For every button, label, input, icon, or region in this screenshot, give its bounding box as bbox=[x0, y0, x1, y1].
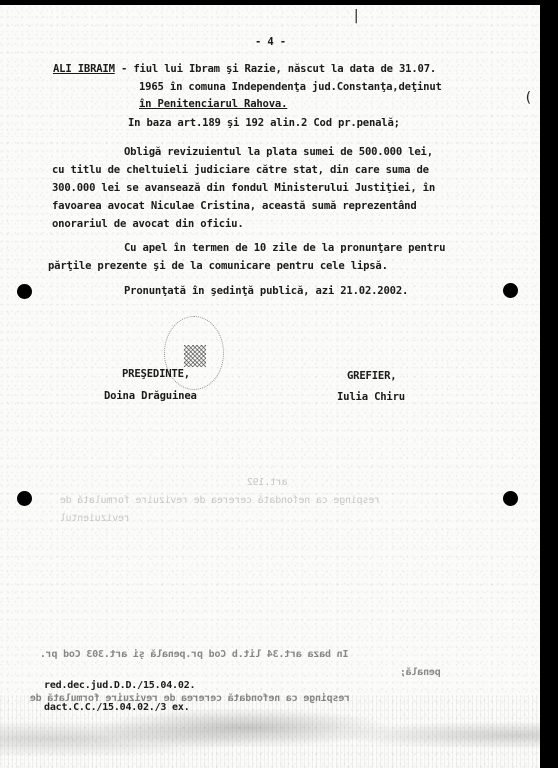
footer-drafted: red.dec.jud.D.D./15.04.02. bbox=[44, 680, 195, 691]
president-name: Doina Drăguinea bbox=[104, 390, 197, 402]
costs-line-2: cu titlu de cheltuieli judiciare către s… bbox=[52, 164, 429, 176]
punch-hole-right-bottom bbox=[503, 491, 518, 506]
bleed-through-line-e: revizuientul bbox=[60, 513, 130, 524]
defendant-name: ALI IBRAIM bbox=[53, 63, 115, 75]
footer-typed: dact.C.C./15.04.02./3 ex. bbox=[44, 702, 190, 713]
bleed-through-line-a: art.192 bbox=[247, 477, 288, 488]
president-title: PREŞEDINTE, bbox=[122, 368, 190, 380]
defendant-line-2: 1965 în comuna Independenţa jud.Constanţ… bbox=[139, 81, 442, 93]
bleed-through-line-d: respinge ca nefondată cererea de revizui… bbox=[60, 495, 380, 506]
costs-line-3: 300.000 lei se avansează din fondul Mini… bbox=[52, 182, 435, 194]
page-number: - 4 - bbox=[255, 36, 286, 48]
punch-hole-bottom bbox=[17, 491, 32, 506]
appeal-line-1: Cu apel în termen de 10 zile de la pronu… bbox=[124, 242, 445, 254]
margin-bracket: ( bbox=[524, 90, 532, 106]
bleed-through-line-c: penală; bbox=[400, 667, 441, 678]
defendant-line-3: în Penitenciarul Rahova. bbox=[139, 98, 287, 110]
punch-hole-top bbox=[17, 284, 32, 299]
court-seal-emblem bbox=[184, 345, 206, 367]
costs-line-4: favoarea avocat Niculae Cristina, aceast… bbox=[52, 200, 417, 212]
scanned-page: - 4 - ALI IBRAIM - fiul lui Ibram şi Raz… bbox=[0, 5, 540, 768]
bleed-through-line-b: In baza art.34 lit.b Cod pr.penală şi ar… bbox=[40, 649, 349, 660]
appeal-line-2: părţile prezente şi de la comunicare pen… bbox=[48, 260, 388, 272]
legal-basis: In baza art.189 şi 192 alin.2 Cod pr.pen… bbox=[128, 117, 400, 129]
pronouncement: Pronunţată în şedinţă publică, azi 21.02… bbox=[124, 285, 408, 297]
margin-mark: | bbox=[352, 8, 360, 24]
costs-line-5: onorariul de avocat din oficiu. bbox=[52, 218, 244, 230]
clerk-name: Iulia Chiru bbox=[337, 391, 405, 403]
clerk-title: GREFIER, bbox=[347, 370, 396, 382]
punch-hole-right-top bbox=[503, 283, 518, 298]
defendant-line-1: - fiul lui Ibram şi Razie, născut la dat… bbox=[121, 63, 436, 75]
costs-line-1: Obligă revizuientul la plata sumei de 50… bbox=[124, 146, 433, 158]
